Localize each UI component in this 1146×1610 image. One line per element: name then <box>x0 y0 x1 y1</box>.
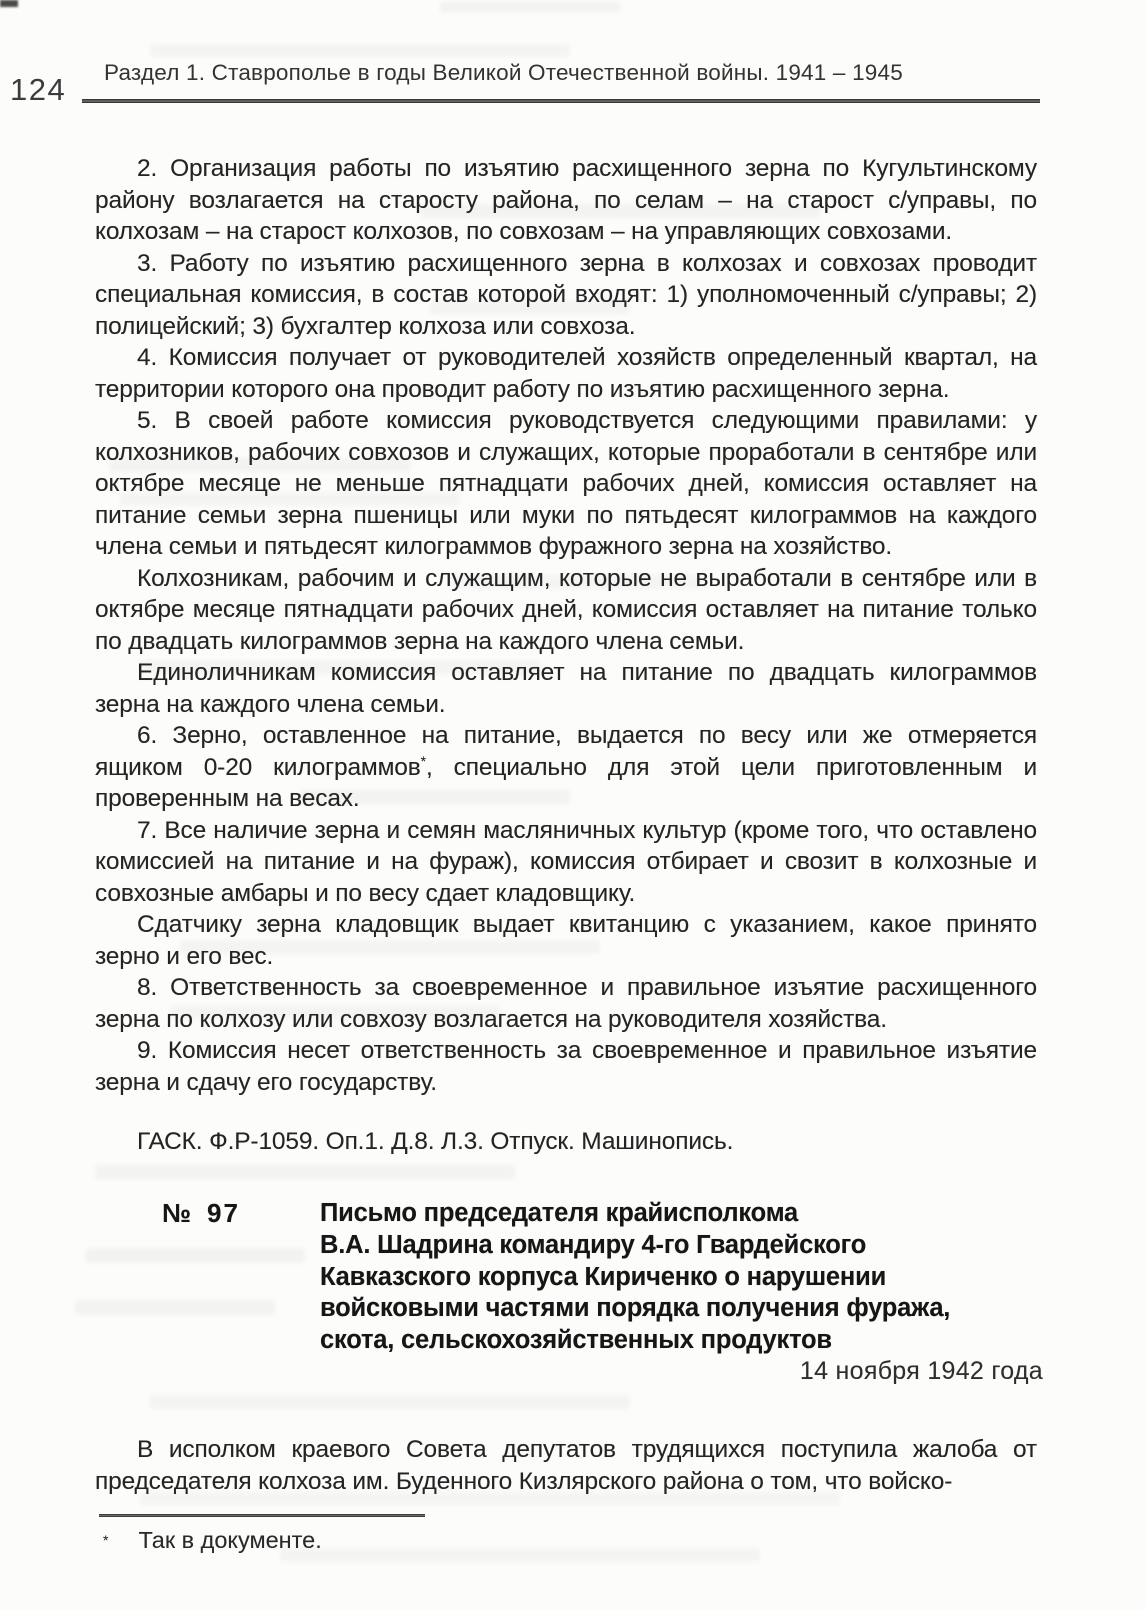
header-rule <box>82 99 1040 103</box>
paragraph: 9. Комиссия несет ответственность за сво… <box>95 1035 1037 1098</box>
title-line: Кавказского корпуса Кириченко о нарушени… <box>320 1262 1042 1294</box>
bleed-through-artifact <box>280 1548 760 1562</box>
number-sign: № <box>162 1198 191 1228</box>
document-number: №97 <box>95 1198 320 1357</box>
paragraph: 2. Организация работы по изъятию расхище… <box>95 153 1037 248</box>
paragraph: 7. Все наличие зерна и семян масляничных… <box>95 815 1037 910</box>
paragraph: 5. В своей работе комиссия руководствует… <box>95 405 1037 563</box>
document-title: Письмо председателя крайисполкома В.А. Ш… <box>320 1198 1042 1357</box>
bleed-through-artifact <box>95 1165 515 1179</box>
document-number-value: 97 <box>207 1198 240 1228</box>
footnote-marker: * <box>103 1532 108 1548</box>
footnote-text: Так в документе. <box>138 1527 321 1553</box>
footnote: *Так в документе. <box>103 1527 322 1554</box>
title-line: скота, сельскохозяйственных продуктов <box>320 1325 1042 1357</box>
document-date: 14 ноября 1942 года <box>95 1357 1043 1386</box>
title-line: В.А. Шадрина командиру 4-го Гвардейского <box>320 1230 1042 1262</box>
document-intro-paragraph: В исполком краевого Совета депутатов тру… <box>95 1434 1037 1497</box>
title-line: Письмо председателя крайисполкома <box>320 1198 1042 1230</box>
paragraph-with-footnote: 6. Зерно, оставленное на питание, выдает… <box>95 720 1037 815</box>
paragraph: 3. Работу по изъятию расхищенного зерна … <box>95 248 1037 343</box>
running-header: Раздел 1. Ставрополье в годы Великой Оте… <box>104 60 903 86</box>
document-body: 2. Организация работы по изъятию расхище… <box>95 153 1037 1158</box>
page-number: 124 <box>10 72 66 108</box>
bleed-through-artifact <box>150 1395 630 1409</box>
scan-artifact-corner <box>0 0 18 7</box>
paragraph: 4. Комиссия получает от руководителей хо… <box>95 342 1037 405</box>
footnote-divider <box>99 1514 425 1517</box>
paragraph: Колхозникам, рабочим и служащим, которые… <box>95 563 1037 658</box>
bleed-through-artifact <box>150 44 570 57</box>
paragraph: Единоличникам комиссия оставляет на пита… <box>95 657 1037 720</box>
archive-citation: ГАСК. Ф.Р-1059. Оп.1. Д.8. Л.3. Отпуск. … <box>95 1126 1037 1158</box>
document-heading: №97 Письмо председателя крайисполкома В.… <box>95 1198 1045 1357</box>
bleed-through-artifact <box>440 2 620 12</box>
title-line: войсковыми частями порядка получения фур… <box>320 1293 1042 1325</box>
book-page: 124 Раздел 1. Ставрополье в годы Великой… <box>0 0 1146 1610</box>
paragraph: Сдатчику зерна кладовщик выдает квитанци… <box>95 909 1037 972</box>
paragraph: 8. Ответственность за своевременное и пр… <box>95 972 1037 1035</box>
